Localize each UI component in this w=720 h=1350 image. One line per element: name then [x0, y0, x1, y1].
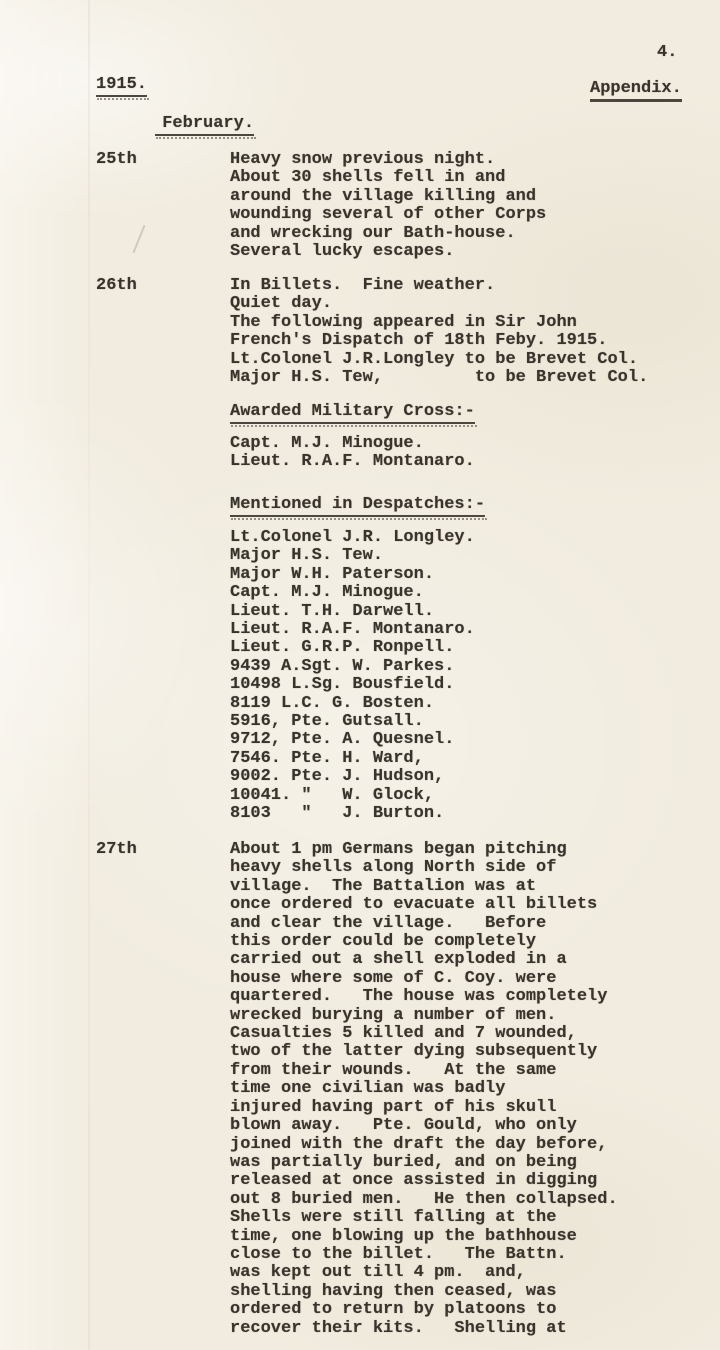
page-number: 4. [657, 44, 677, 62]
entry-body: About 1 pm Germans began pitching heavy … [230, 841, 618, 1338]
diary-page: 4. 1915. Appendix. February. 25th Heavy … [0, 0, 720, 1350]
entry-body: In Billets. Fine weather. Quiet day. The… [230, 277, 648, 387]
pencil-stray-mark [132, 225, 145, 254]
month-heading: February. [155, 114, 254, 136]
entry-body: Heavy snow previous night. About 30 shel… [230, 151, 546, 261]
entry-date: 26th [96, 277, 137, 295]
year-heading: 1915. [96, 75, 147, 97]
entry-date: 27th [96, 841, 137, 859]
appendix-heading: Appendix. [590, 80, 682, 102]
entry-date: 25th [96, 151, 137, 169]
awarded-military-cross-list: Capt. M.J. Minogue. Lieut. R.A.F. Montan… [230, 435, 475, 472]
mentioned-in-despatches-heading: Mentioned in Despatches:- [230, 496, 485, 517]
awarded-military-cross-heading: Awarded Military Cross:- [230, 403, 475, 424]
mentioned-in-despatches-list: Lt.Colonel J.R. Longley. Major H.S. Tew.… [230, 529, 475, 824]
paper-crease [88, 0, 90, 1350]
